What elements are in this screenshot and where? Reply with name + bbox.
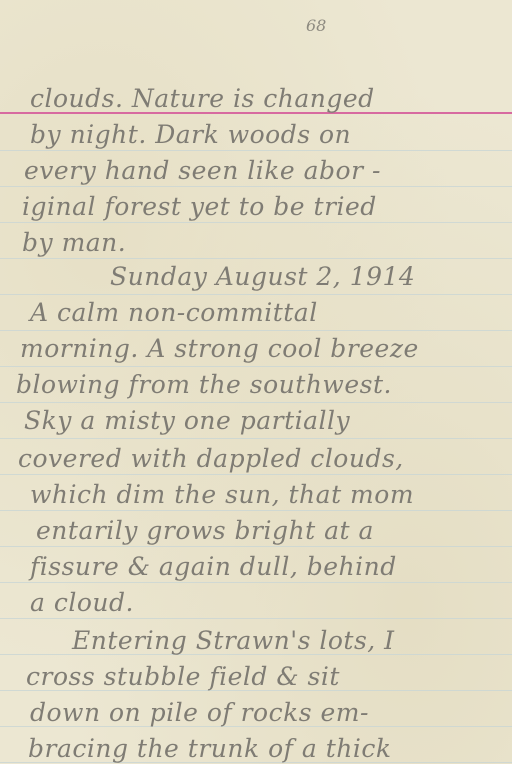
text-line: morning. A strong cool breeze bbox=[20, 334, 512, 363]
text-line: A calm non-committal bbox=[30, 298, 512, 327]
page-number: 68 bbox=[306, 16, 326, 35]
text-line: cross stubble field & sit bbox=[26, 662, 512, 691]
ruled-line bbox=[0, 582, 512, 583]
ruled-line bbox=[0, 510, 512, 511]
text-line: down on pile of rocks em- bbox=[30, 698, 512, 727]
text-line: clouds. Nature is changed bbox=[30, 84, 512, 113]
ruled-line bbox=[0, 402, 512, 403]
ruled-line bbox=[0, 258, 512, 259]
text-line: covered with dappled clouds, bbox=[18, 444, 512, 473]
ruled-line bbox=[0, 222, 512, 223]
ruled-line bbox=[0, 474, 512, 475]
text-line: which dim the sun, that mom bbox=[30, 480, 512, 509]
ruled-line bbox=[0, 546, 512, 547]
text-line: bracing the trunk of a thick bbox=[28, 734, 512, 763]
text-line: by man. bbox=[22, 228, 512, 257]
text-line: a cloud. bbox=[30, 588, 512, 617]
ruled-line bbox=[0, 294, 512, 295]
ruled-line bbox=[0, 438, 512, 439]
handwritten-journal-page: 68 clouds. Nature is changed by night. D… bbox=[0, 0, 512, 764]
ruled-line bbox=[0, 330, 512, 331]
ruled-line bbox=[0, 186, 512, 187]
text-line: Entering Strawn's lots, I bbox=[72, 626, 512, 655]
text-line: Sky a misty one partially bbox=[24, 406, 512, 435]
text-line: entarily grows bright at a bbox=[36, 516, 512, 545]
text-line: fissure & again dull, behind bbox=[30, 552, 512, 581]
text-line: iginal forest yet to be tried bbox=[22, 192, 512, 221]
ruled-line bbox=[0, 150, 512, 151]
text-line: blowing from the southwest. bbox=[16, 370, 512, 399]
date-heading: Sunday August 2, 1914 bbox=[110, 262, 512, 291]
text-line: by night. Dark woods on bbox=[30, 120, 512, 149]
ruled-line bbox=[0, 366, 512, 367]
text-line: every hand seen like abor - bbox=[24, 156, 512, 185]
ruled-line bbox=[0, 618, 512, 619]
